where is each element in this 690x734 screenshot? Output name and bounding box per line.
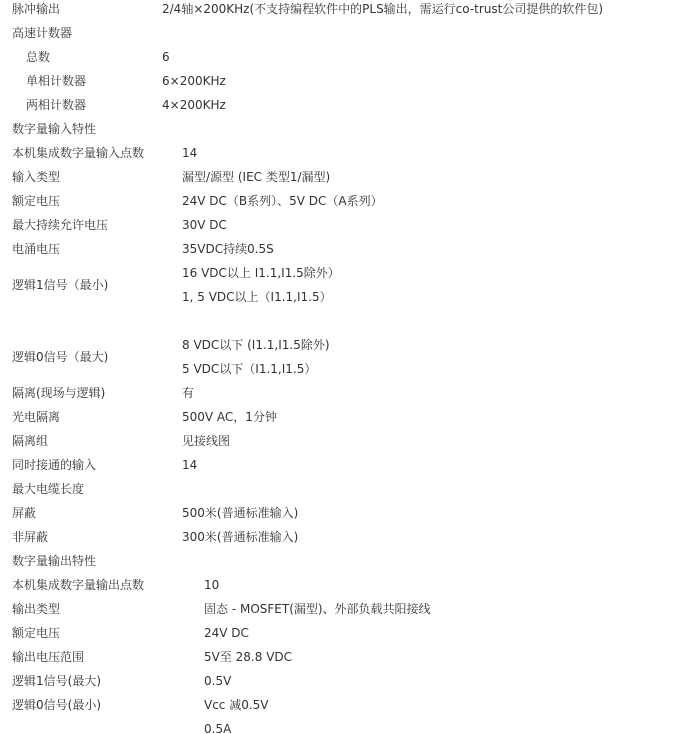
spec-label: 本机集成数字量输出点数	[12, 573, 144, 597]
spec-value: 漏型/源型 (IEC 类型1/漏型)	[182, 165, 330, 189]
spec-value: 300米(普通标准输入)	[182, 525, 298, 549]
spec-label: 最大持续允许电压	[12, 213, 108, 237]
spec-value: 见接线图	[182, 429, 230, 453]
spec-label: 隔离组	[12, 429, 48, 453]
spec-label: 两相计数器	[26, 93, 86, 117]
spec-value: 5V至 28.8 VDC	[204, 645, 292, 669]
spec-value: 35VDC持续0.5S	[182, 237, 274, 261]
spec-label: 隔离(现场与逻辑)	[12, 381, 105, 405]
spec-label: 最大电缆长度	[12, 477, 84, 501]
spec-value: 500V AC，1分钟	[182, 405, 277, 429]
spec-value: 24V DC	[204, 621, 249, 645]
spec-value: 16 VDC以上 I1.1,I1.5除外）	[182, 261, 340, 285]
spec-value: 10	[204, 573, 219, 597]
spec-value: 8 VDC以下 (I1.1,I1.5除外)	[182, 333, 330, 357]
spec-label: 逻辑0信号(最小)	[12, 693, 101, 717]
spec-value: 0.5A	[204, 717, 231, 734]
spec-value: Vcc 减0.5V	[204, 693, 269, 717]
spec-label: 额定电压	[12, 189, 60, 213]
spec-value: 2/4轴×200KHz(不支持编程软件中的PLS输出，需运行co-trust公司…	[162, 0, 603, 21]
spec-label: 同时接通的输入	[12, 453, 96, 477]
spec-value: 6×200KHz	[162, 69, 226, 93]
spec-value: 6	[162, 45, 170, 69]
spec-value: 有	[182, 381, 194, 405]
section-title: 高速计数器	[12, 21, 72, 45]
spec-label: 单相计数器	[26, 69, 86, 93]
spec-value: 24V DC（B系列）、5V DC（A系列）	[182, 189, 383, 213]
spec-label: 总数	[26, 45, 50, 69]
spec-label: 逻辑1信号（最小)	[12, 273, 108, 297]
spec-label: 非屏蔽	[12, 525, 48, 549]
spec-label: 输出电压范围	[12, 645, 84, 669]
spec-label: 电涌电压	[12, 237, 60, 261]
spec-value: 1, 5 VDC以上（I1.1,I1.5）	[182, 285, 332, 309]
spec-label: 输出类型	[12, 597, 60, 621]
spec-label: 逻辑1信号(最大)	[12, 669, 101, 693]
spec-value: 5 VDC以下（I1.1,I1.5）	[182, 357, 316, 381]
spec-value: 30V DC	[182, 213, 227, 237]
spec-label: 本机集成数字量输入点数	[12, 141, 144, 165]
spec-value: 14	[182, 453, 197, 477]
section-title: 数字量输入特性	[12, 117, 96, 141]
spec-value: 4×200KHz	[162, 93, 226, 117]
spec-label: 输入类型	[12, 165, 60, 189]
spec-label: 屏蔽	[12, 501, 36, 525]
spec-value: 500米(普通标准输入)	[182, 501, 298, 525]
section-title: 数字量输出特性	[12, 549, 96, 573]
spec-value: 固态 - MOSFET(漏型)、外部负载共阳接线	[204, 597, 431, 621]
spec-value: 14	[182, 141, 197, 165]
spec-label: 脉冲输出	[12, 0, 60, 21]
spec-label: 额定电压	[12, 621, 60, 645]
spec-value: 0.5V	[204, 669, 231, 693]
spec-label: 光电隔离	[12, 405, 60, 429]
spec-label: 逻辑0信号（最大)	[12, 345, 108, 369]
